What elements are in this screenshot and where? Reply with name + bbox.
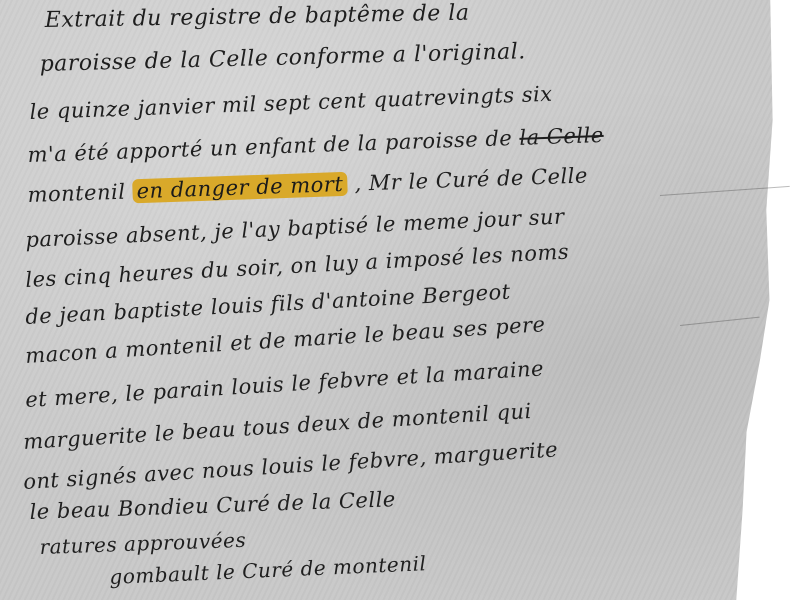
line-text: montenil xyxy=(27,180,126,207)
struck-text: la Celle xyxy=(519,123,604,150)
document-page: Extrait du registre de baptême de la par… xyxy=(0,0,800,600)
